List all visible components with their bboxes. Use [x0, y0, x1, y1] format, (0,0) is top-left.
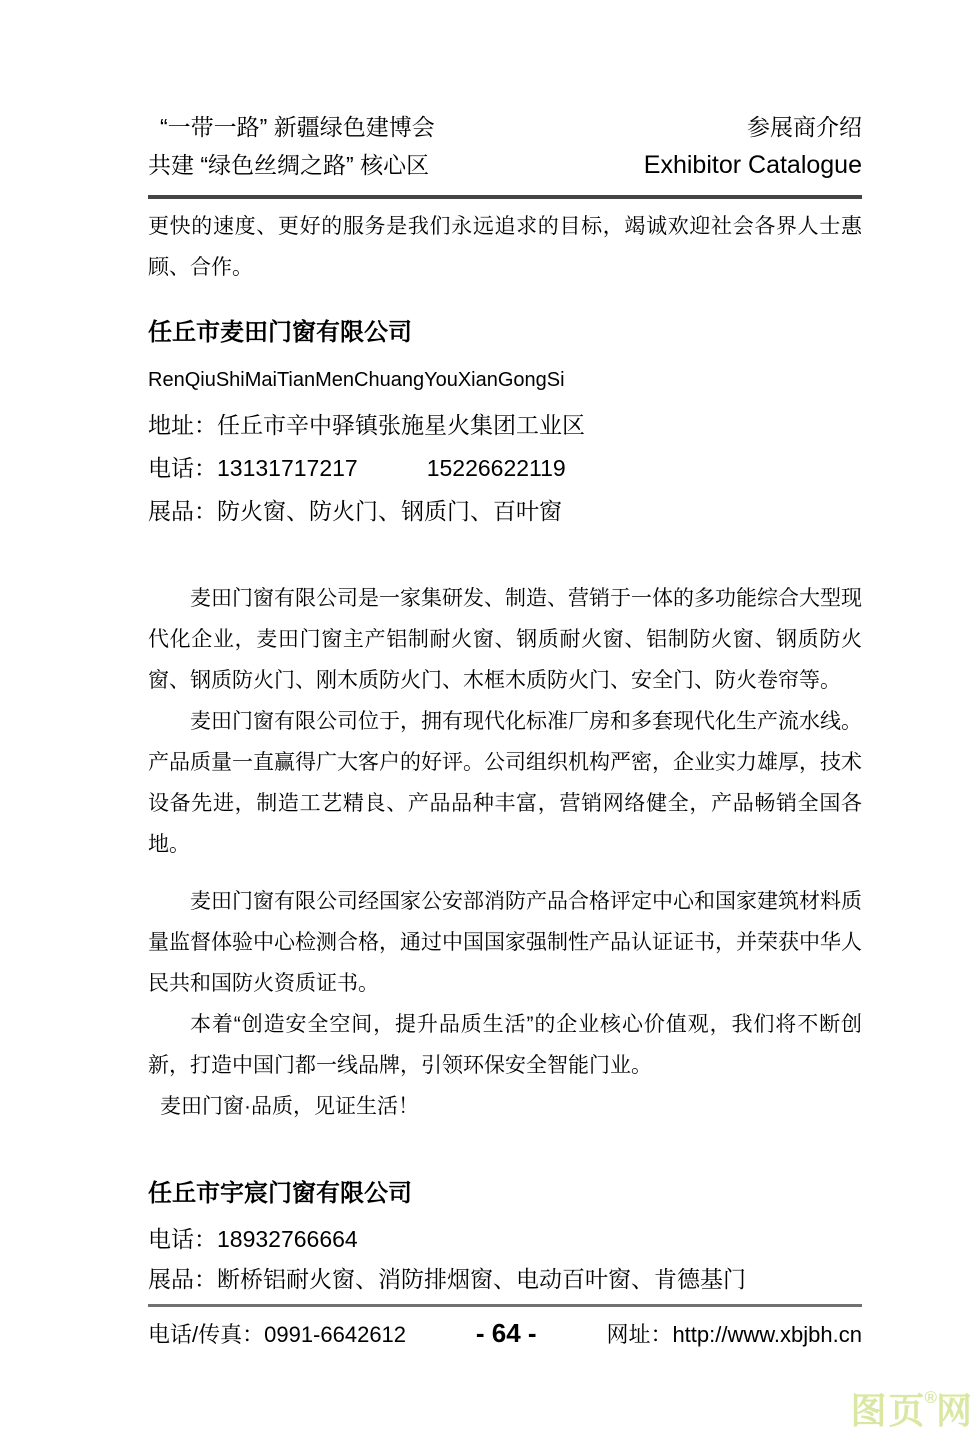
page-number: - 64 - [476, 1318, 537, 1348]
company1-info: 地址：任丘市辛中驿镇张施星火集团工业区 电话：13131717217 15226… [148, 404, 862, 533]
watermark-text: 图页 [850, 1390, 926, 1431]
company1-slogan: 麦田门窗·品质，见证生活！ [148, 1086, 862, 1127]
intro-paragraph: 更快的速度、更好的服务是我们永远追求的目标，竭诚欢迎社会各界人士惠顾、合作。 [148, 206, 862, 288]
header-expo-title: “一带一路” 新疆绿色建博会 [148, 108, 435, 146]
company-section-maitian: 任丘市麦田门窗有限公司 RenQiuShiMaiTianMenChuangYou… [148, 318, 862, 1127]
footer-phone-fax: 电话/传真：0991-6642612 [148, 1320, 406, 1350]
tuyewang-watermark: 图页®网 [850, 1389, 974, 1429]
company1-paragraph-2: 麦田门窗有限公司位于，拥有现代化标准厂房和多套现代化生产流水线。产品质量一直赢得… [148, 701, 862, 865]
header-right-block: 参展商介绍 Exhibitor Catalogue [644, 108, 862, 184]
company1-name: 任丘市麦田门窗有限公司 [148, 318, 862, 348]
company1-paragraph-3: 麦田门窗有限公司经国家公安部消防产品合格评定中心和国家建筑材料质量监督体验中心检… [148, 881, 862, 1004]
header-section-title-en: Exhibitor Catalogue [644, 146, 862, 184]
company2-exhibits-line: 展品：断桥铝耐火窗、消防排烟窗、电动百叶窗、肯德基门 [148, 1259, 862, 1299]
company1-address-line: 地址：任丘市辛中驿镇张施星火集团工业区 [148, 404, 862, 447]
footer-website: 网址：http://www.xbjbh.cn [606, 1320, 862, 1350]
company1-paragraph-4: 本着“创造安全空间，提升品质生活”的企业核心价值观，我们将不断创新，打造中国门都… [148, 1004, 862, 1086]
company2-phone-line: 电话：18932766664 [148, 1219, 862, 1259]
catalogue-page: “一带一路” 新疆绿色建博会 共建 “绿色丝绸之路” 核心区 参展商介绍 Exh… [0, 0, 980, 1350]
company1-exhibits-line: 展品：防火窗、防火门、钢质门、百叶窗 [148, 490, 862, 533]
header-section-title-cn: 参展商介绍 [644, 108, 862, 146]
company2-info: 电话：18932766664 展品：断桥铝耐火窗、消防排烟窗、电动百叶窗、肯德基… [148, 1219, 862, 1299]
page-header: “一带一路” 新疆绿色建博会 共建 “绿色丝绸之路” 核心区 参展商介绍 Exh… [148, 108, 862, 184]
watermark-text-suffix: 网 [936, 1390, 974, 1431]
company-section-yuchen: 任丘市宇宸门窗有限公司 电话：18932766664 展品：断桥铝耐火窗、消防排… [148, 1179, 862, 1299]
header-expo-subtitle: 共建 “绿色丝绸之路” 核心区 [148, 146, 435, 184]
company1-description: 麦田门窗有限公司是一家集研发、制造、营销于一体的多功能综合大型现代化企业，麦田门… [148, 578, 862, 1127]
page-footer: 电话/传真：0991-6642612 - 64 - 网址：http://www.… [148, 1307, 862, 1350]
company2-name: 任丘市宇宸门窗有限公司 [148, 1179, 862, 1209]
company1-pinyin: RenQiuShiMaiTianMenChuangYouXianGongSi [148, 369, 862, 391]
header-rule [148, 195, 862, 199]
header-left-block: “一带一路” 新疆绿色建博会 共建 “绿色丝绸之路” 核心区 [148, 108, 435, 184]
company1-paragraph-1: 麦田门窗有限公司是一家集研发、制造、营销于一体的多功能综合大型现代化企业，麦田门… [148, 578, 862, 701]
company1-phone-line: 电话：13131717217 15226622119 [148, 447, 862, 490]
